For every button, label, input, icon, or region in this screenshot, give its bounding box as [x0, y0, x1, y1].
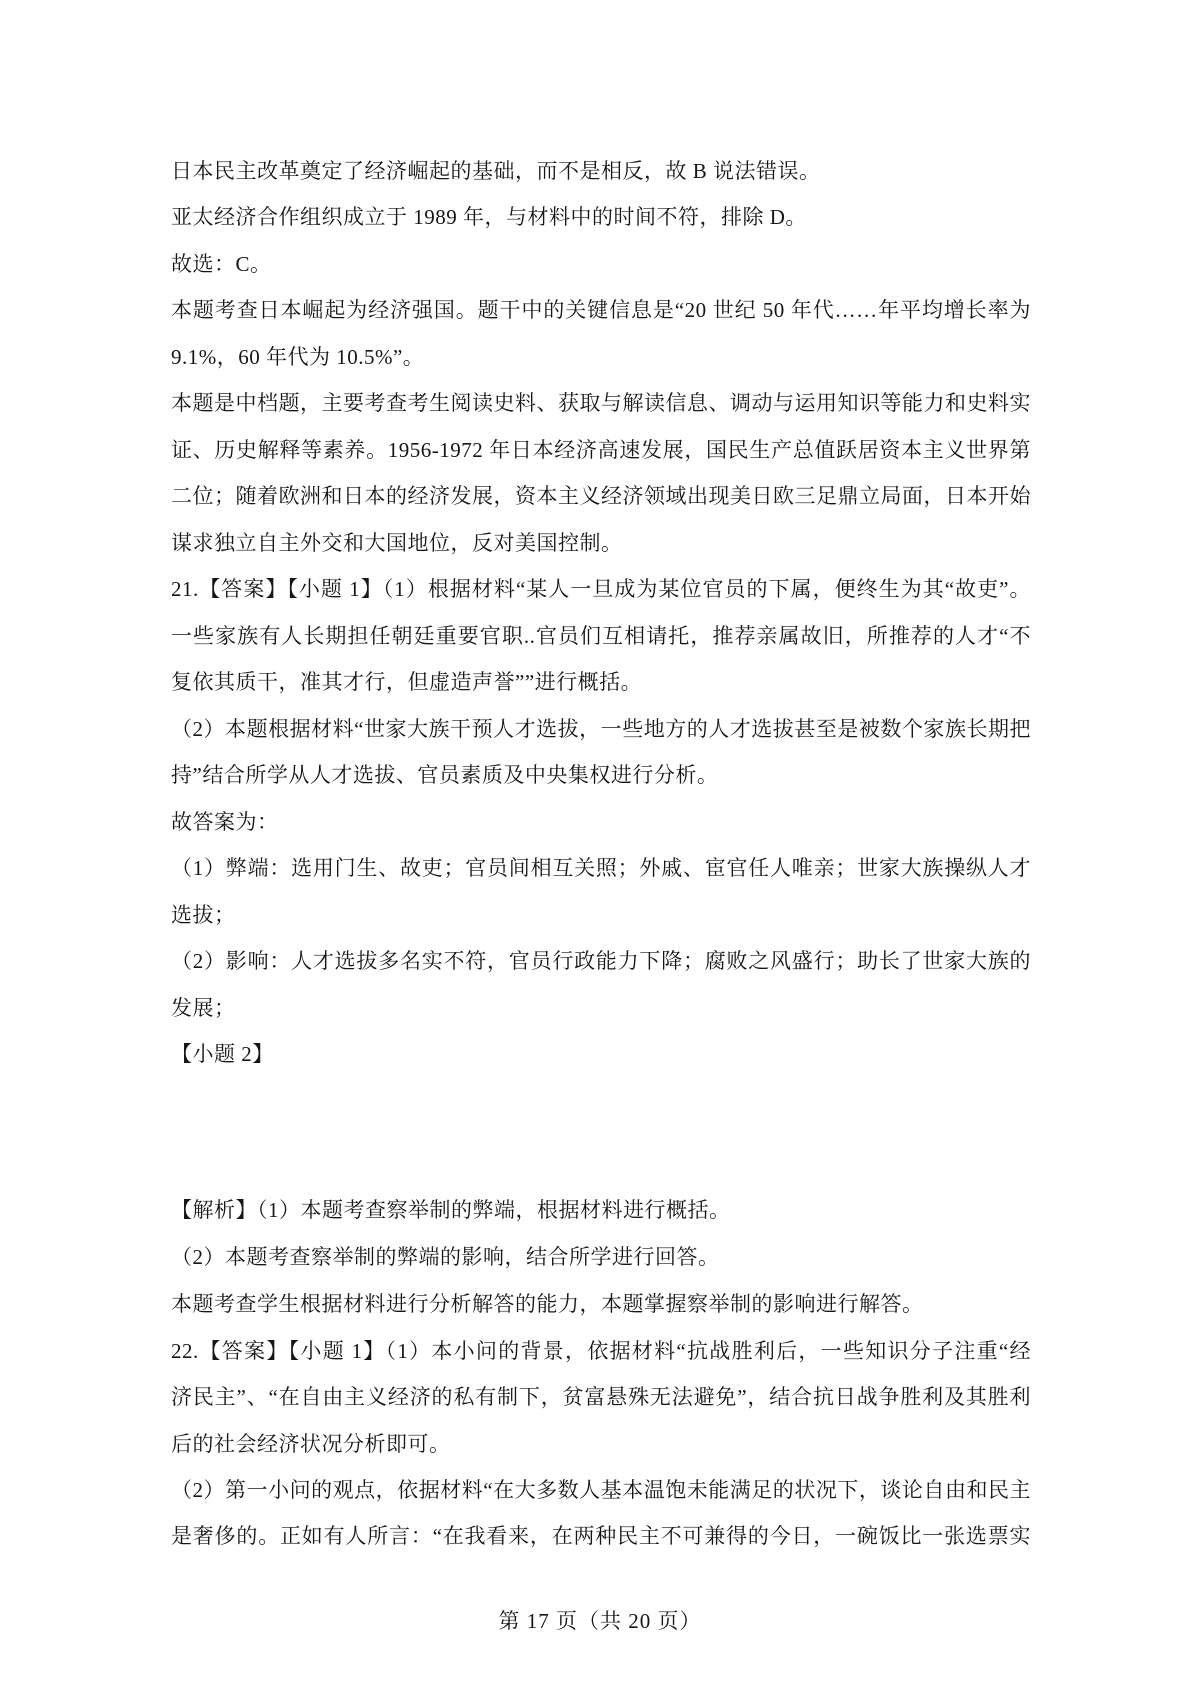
text-line: （2）第一小问的观点，依据材料“在大多数人基本温饱未能满足的状况下，谈论自由和民…: [171, 1477, 1031, 1503]
text-line: 选拔；: [171, 902, 1031, 928]
text-line: （2）本题考查察举制的弊端的影响，结合所学进行回答。: [171, 1244, 1031, 1270]
text-line: 一些家族有人长期担任朝廷重要官职..官员们互相请托，推荐亲属故旧，所推荐的人才“…: [171, 623, 1031, 649]
text-line: 谋求独立自主外交和大国地位，反对美国控制。: [171, 530, 1031, 556]
text-line: 故答案为：: [171, 809, 1031, 835]
text-line: （1）弊端：选用门生、故吏；官员间相互关照；外戚、宦官任人唯亲；世家大族操纵人才: [171, 855, 1031, 881]
text-line: 是奢侈的。正如有人所言：“在我看来，在两种民主不可兼得的今日，一碗饭比一张选票实: [171, 1523, 1031, 1549]
text-line: 本题是中档题，主要考查考生阅读史料、获取与解读信息、调动与运用知识等能力和史料实: [171, 390, 1031, 416]
text-line: 【小题 2】: [171, 1041, 1031, 1067]
text-line: 复依其质干，准其才行，但虚造声誉””进行概括。: [171, 669, 1031, 695]
text-line: 本题考查日本崛起为经济强国。题干中的关键信息是“20 世纪 50 年代……年平均…: [171, 297, 1031, 323]
text-line: 日本民主改革奠定了经济崛起的基础，而不是相反，故 B 说法错误。: [171, 158, 1031, 184]
text-line: 亚太经济合作组织成立于 1989 年，与材料中的时间不符，排除 D。: [171, 204, 1031, 230]
text-line: （2）影响：人才选拔多名实不符，官员行政能力下降；腐败之风盛行；助长了世家大族的: [171, 948, 1031, 974]
page-footer: 第 17 页（共 20 页）: [0, 1608, 1200, 1634]
text-line: 二位；随着欧洲和日本的经济发展，资本主义经济领域出现美日欧三足鼎立局面，日本开始: [171, 483, 1031, 509]
text-line: （2）本题根据材料“世家大族干预人才选拔，一些地方的人才选拔甚至是被数个家族长期…: [171, 716, 1031, 742]
text-line: 9.1%，60 年代为 10.5%”。: [171, 344, 1031, 370]
text-line: 21.【答案】【小题 1】（1）根据材料“某人一旦成为某位官员的下属，便终生为其…: [171, 576, 1031, 602]
text-line: 【解析】（1）本题考查察举制的弊端，根据材料进行概括。: [171, 1197, 1031, 1223]
text-line: 证、历史解释等素养。1956-1972 年日本经济高速发展，国民生产总值跃居资本…: [171, 437, 1031, 463]
text-line: 发展；: [171, 995, 1031, 1021]
text-line: 故选：C。: [171, 251, 1031, 277]
text-line: 持”结合所学从人才选拔、官员素质及中央集权进行分析。: [171, 762, 1031, 788]
text-line: 后的社会经济状况分析即可。: [171, 1431, 1031, 1457]
document-page: 日本民主改革奠定了经济崛起的基础，而不是相反，故 B 说法错误。 亚太经济合作组…: [0, 0, 1200, 1698]
text-line: 济民主”、“在自由主义经济的私有制下，贫富悬殊无法避免”，结合抗日战争胜利及其胜…: [171, 1384, 1031, 1410]
text-line: 22.【答案】【小题 1】（1）本小问的背景，依据材料“抗战胜利后，一些知识分子…: [171, 1338, 1031, 1364]
text-line: 本题考查学生根据材料进行分析解答的能力，本题掌握察举制的影响进行解答。: [171, 1291, 1031, 1317]
